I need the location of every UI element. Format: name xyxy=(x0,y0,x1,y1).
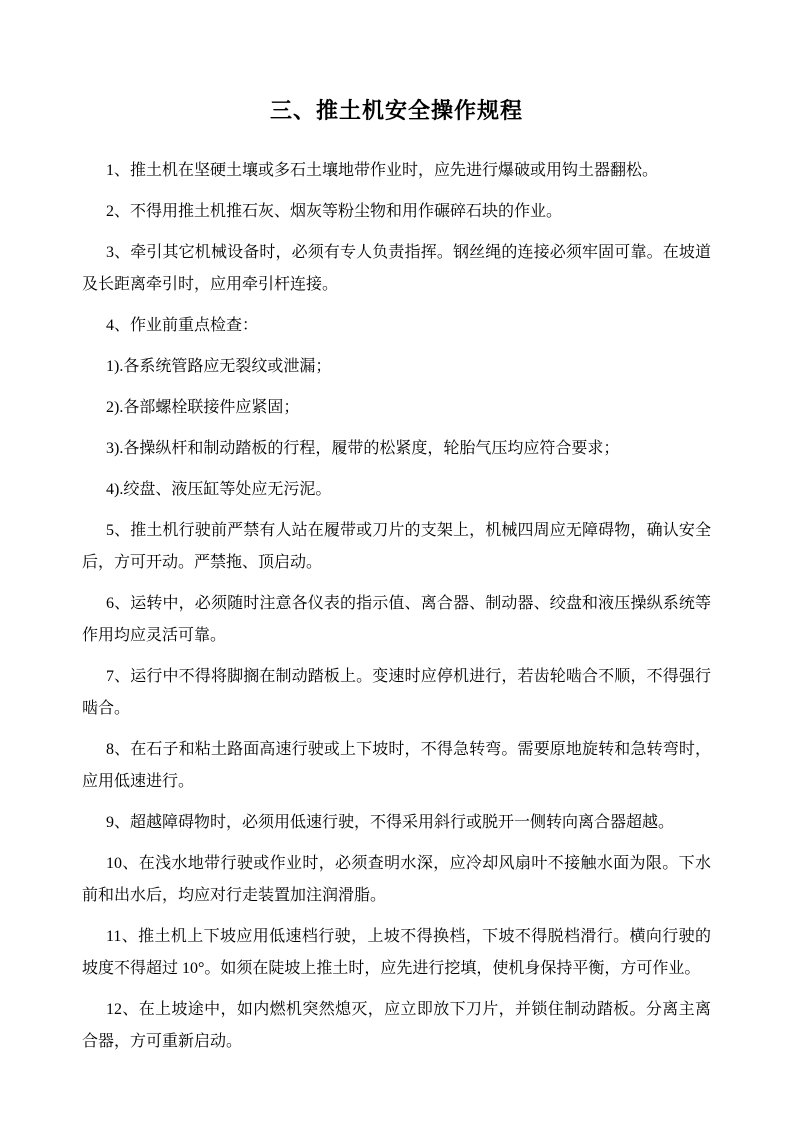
paragraph-item-12: 12、在上坡途中，如内燃机突然熄灭，应立即放下刀片，并锁住制动踏板。分离主离合器… xyxy=(82,994,711,1058)
document-page: 三、推土机安全操作规程 1、推土机在坚硬土壤或多石土壤地带作业时，应先进行爆破或… xyxy=(0,0,793,1122)
paragraph-item-5: 5、推土机行驶前严禁有人站在履带或刀片的支架上，机械四周应无障碍物，确认安全后，… xyxy=(82,515,711,579)
paragraph-item-6: 6、运转中，必须随时注意各仪表的指示值、离合器、制动器、绞盘和液压操纵系统等作用… xyxy=(82,588,711,652)
paragraph-item-9: 9、超越障碍物时，必须用低速行驶，不得采用斜行或脱开一侧转向离合器超越。 xyxy=(82,807,711,839)
paragraph-item-8: 8、在石子和粘土路面高速行驶或上下坡时，不得急转弯。需要原地旋转和急转弯时，应用… xyxy=(82,734,711,798)
paragraph-item-3: 3、牵引其它机械设备时，必须有专人负责指挥。钢丝绳的连接必须牢固可靠。在坡道及长… xyxy=(82,237,711,301)
paragraph-item-4-check-3: 3).各操纵杆和制动踏板的行程，履带的松紧度，轮胎气压均应符合要求； xyxy=(82,433,711,465)
paragraph-item-2: 2、不得用推土机推石灰、烟灰等粉尘物和用作碾碎石块的作业。 xyxy=(82,196,711,228)
paragraph-item-4-check-2: 2).各部螺栓联接件应紧固； xyxy=(82,392,711,424)
paragraph-item-10: 10、在浅水地带行驶或作业时，必须查明水深，应冷却风扇叶不接触水面为限。下水前和… xyxy=(82,848,711,912)
document-title: 三、推土机安全操作规程 xyxy=(82,96,711,126)
paragraph-item-1: 1、推土机在坚硬土壤或多石土壤地带作业时，应先进行爆破或用钩土器翻松。 xyxy=(82,155,711,187)
paragraph-item-4-check-1: 1).各系统管路应无裂纹或泄漏； xyxy=(82,351,711,383)
paragraph-item-11: 11、推土机上下坡应用低速档行驶，上坡不得换档，下坡不得脱档滑行。横向行驶的坡度… xyxy=(82,921,711,985)
document-body: 1、推土机在坚硬土壤或多石土壤地带作业时，应先进行爆破或用钩土器翻松。2、不得用… xyxy=(82,155,711,1058)
paragraph-item-7: 7、运行中不得将脚搁在制动踏板上。变速时应停机进行，若齿轮啮合不顺，不得强行啮合… xyxy=(82,661,711,725)
paragraph-item-4-check-4: 4).绞盘、液压缸等处应无污泥。 xyxy=(82,474,711,506)
paragraph-item-4: 4、作业前重点检查： xyxy=(82,310,711,342)
